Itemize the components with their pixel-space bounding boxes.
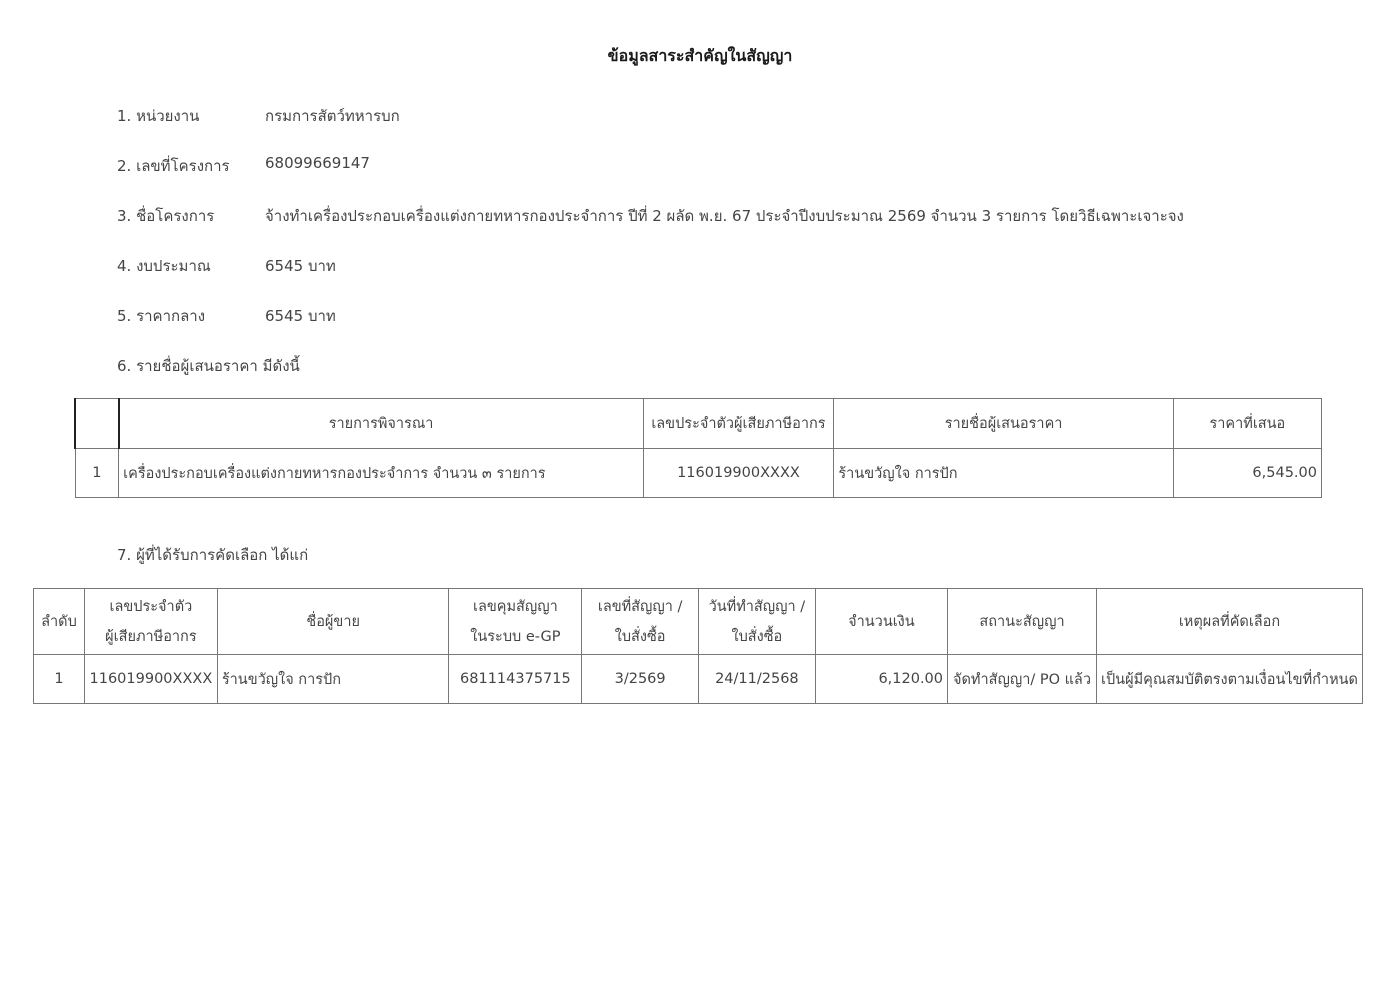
project-name-value: จ้างทำเครื่องประกอบเครื่องแต่งกายทหารกอง… [265,204,1184,228]
col-tax-id: เลขประจำตัวผู้เสียภาษีอากร [84,589,217,655]
col-selection-reason: เหตุผลที่คัดเลือก [1096,589,1362,655]
cell-tax-id: 116019900XXXX [84,655,217,704]
cell-contract-number: 3/2569 [582,655,699,704]
cell-item: เครื่องประกอบเครื่องแต่งกายทหารกองประจำก… [119,449,643,498]
col-egp-contract-number: เลขคุมสัญญาในระบบ e-GP [449,589,582,655]
col-offer-price: ราคาที่เสนอ [1173,399,1321,449]
col-item: รายการพิจารณา [119,399,643,449]
median-price-value: 6545 บาท [265,304,336,328]
cell-contract-status: จัดทำสัญญา/ PO แล้ว [948,655,1097,704]
table-row: 1 เครื่องประกอบเครื่องแต่งกายทหารกองประจ… [75,449,1322,498]
col-tax-id: เลขประจำตัวผู้เสียภาษีอากร [643,399,834,449]
agency-label: 1. หน่วยงาน [117,104,199,128]
cell-selection-reason: เป็นผู้มีคุณสมบัติตรงตามเงื่อนไขที่กำหนด [1096,655,1362,704]
table-header-row: ลำดับ เลขประจำตัวผู้เสียภาษีอากร ชื่อผู้… [34,589,1363,655]
cell-amount: 6,120.00 [815,655,947,704]
col-order: ลำดับ [34,589,85,655]
winners-table: ลำดับ เลขประจำตัวผู้เสียภาษีอากร ชื่อผู้… [33,588,1363,704]
col-contract-number: เลขที่สัญญา /ใบสั่งซื้อ [582,589,699,655]
agency-value: กรมการสัตว์ทหารบก [265,104,400,128]
project-number-value: 68099669147 [265,154,370,172]
project-number-label: 2. เลขที่โครงการ [117,154,230,178]
table-row: 1 116019900XXXX ร้านขวัญใจ การปัก 681114… [34,655,1363,704]
cell-tax-id: 116019900XXXX [643,449,834,498]
col-bidder: รายชื่อผู้เสนอราคา [834,399,1173,449]
cell-egp-contract-number: 681114375715 [449,655,582,704]
median-price-label: 5. ราคากลาง [117,304,205,328]
col-seller: ชื่อผู้ขาย [217,589,449,655]
table-header-row: รายการพิจารณา เลขประจำตัวผู้เสียภาษีอากร… [75,399,1322,449]
winners-heading: 7. ผู้ที่ได้รับการคัดเลือก ได้แก่ [117,543,308,567]
cell-offer-price: 6,545.00 [1173,449,1321,498]
project-name-label: 3. ชื่อโครงการ [117,204,214,228]
col-index [75,399,119,449]
cell-contract-date: 24/11/2568 [698,655,815,704]
cell-index: 1 [75,449,119,498]
budget-value: 6545 บาท [265,254,336,278]
cell-order: 1 [34,655,85,704]
budget-label: 4. งบประมาณ [117,254,211,278]
document-title: ข้อมูลสาระสำคัญในสัญญา [0,44,1400,69]
bidders-heading: 6. รายชื่อผู้เสนอราคา มีดังนี้ [117,354,300,378]
bidders-table: รายการพิจารณา เลขประจำตัวผู้เสียภาษีอากร… [74,398,1322,498]
cell-bidder: ร้านขวัญใจ การปัก [834,449,1173,498]
cell-seller: ร้านขวัญใจ การปัก [217,655,449,704]
col-contract-status: สถานะสัญญา [948,589,1097,655]
col-contract-date: วันที่ทำสัญญา /ใบสั่งซื้อ [698,589,815,655]
col-amount: จำนวนเงิน [815,589,947,655]
